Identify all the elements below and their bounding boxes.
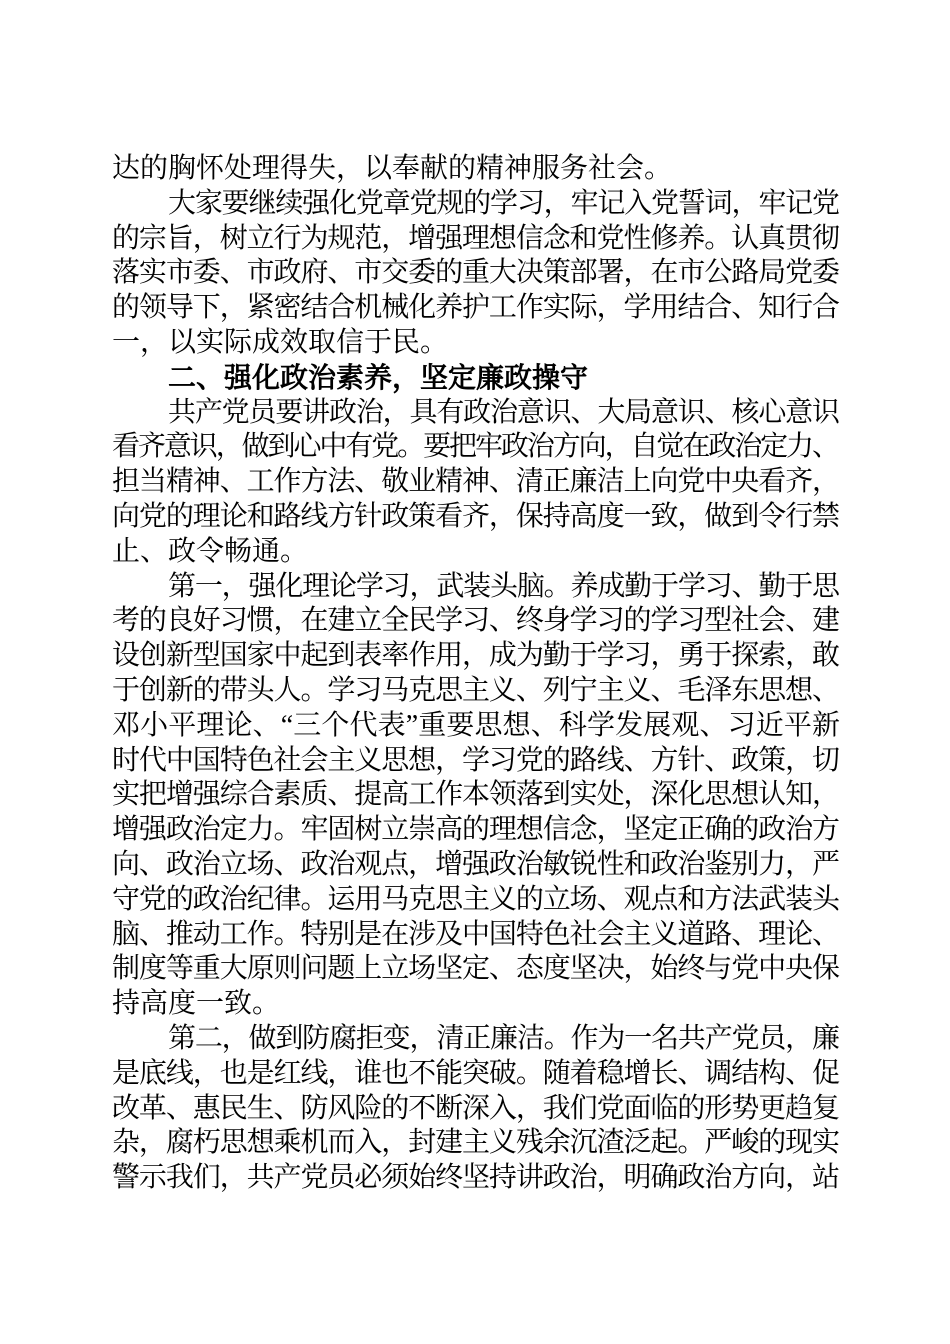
text-line: 设创新型国家中起到表率作用，成为勤于学习，勇于探索，敢 xyxy=(112,639,840,674)
text-line: 共产党员要讲政治，具有政治意识、大局意识、核心意识 xyxy=(112,396,840,431)
text-line: 达的胸怀处理得失，以奉献的精神服务社会。 xyxy=(112,152,840,187)
text-line: 考的良好习惯，在建立全民学习、终身学习的学习型社会、建 xyxy=(112,604,840,639)
text-line: 于创新的带头人。学习马克思主义、列宁主义、毛泽东思想、 xyxy=(112,674,840,709)
text-line: 是底线，也是红线，谁也不能突破。随着稳增长、调结构、促 xyxy=(112,1057,840,1092)
text-line: 脑、推动工作。特别是在涉及中国特色社会主义道路、理论、 xyxy=(112,918,840,953)
text-line: 担当精神、工作方法、敬业精神、清正廉洁上向党中央看齐， xyxy=(112,465,840,500)
text-line: 止、政令畅通。 xyxy=(112,535,840,570)
text-column: 达的胸怀处理得失，以奉献的精神服务社会。大家要继续强化党章党规的学习，牢记入党誓… xyxy=(112,152,840,1196)
text-line: 向、政治立场、政治观点，增强政治敏锐性和政治鉴别力，严 xyxy=(112,848,840,883)
text-line: 大家要继续强化党章党规的学习，牢记入党誓词，牢记党 xyxy=(112,187,840,222)
text-line: 杂，腐朽思想乘机而入，封建主义残余沉渣泛起。严峻的现实 xyxy=(112,1126,840,1161)
text-line: 守党的政治纪律。运用马克思主义的立场、观点和方法武装头 xyxy=(112,883,840,918)
text-line: 增强政治定力。牢固树立崇高的理想信念，坚定正确的政治方 xyxy=(112,813,840,848)
text-line: 制度等重大原则问题上立场坚定、态度坚决，始终与党中央保 xyxy=(112,952,840,987)
text-line: 邓小平理论、“三个代表”重要思想、科学发展观、习近平新 xyxy=(112,709,840,744)
text-line: 时代中国特色社会主义思想，学习党的路线、方针、政策，切 xyxy=(112,744,840,779)
text-line: 第二，做到防腐拒变，清正廉洁。作为一名共产党员，廉 xyxy=(112,1022,840,1057)
section-heading: 二、强化政治素养，坚定廉政操守 xyxy=(112,361,840,396)
document-page: 达的胸怀处理得失，以奉献的精神服务社会。大家要继续强化党章党规的学习，牢记入党誓… xyxy=(0,0,950,1344)
text-line: 的领导下，紧密结合机械化养护工作实际，学用结合、知行合 xyxy=(112,291,840,326)
text-line: 的宗旨，树立行为规范，增强理想信念和党性修养。认真贯彻 xyxy=(112,222,840,257)
text-line: 落实市委、市政府、市交委的重大决策部署，在市公路局党委 xyxy=(112,256,840,291)
text-line: 向党的理论和路线方针政策看齐，保持高度一致，做到令行禁 xyxy=(112,500,840,535)
text-line: 第一，强化理论学习，武装头脑。养成勤于学习、勤于思 xyxy=(112,570,840,605)
text-line: 警示我们，共产党员必须始终坚持讲政治，明确政治方向，站 xyxy=(112,1161,840,1196)
text-line: 改革、惠民生、防风险的不断深入，我们党面临的形势更趋复 xyxy=(112,1092,840,1127)
text-line: 看齐意识，做到心中有党。要把牢政治方向，自觉在政治定力、 xyxy=(112,430,840,465)
text-line: 持高度一致。 xyxy=(112,987,840,1022)
text-line: 实把增强综合素质、提高工作本领落到实处，深化思想认知， xyxy=(112,778,840,813)
text-line: 一，以实际成效取信于民。 xyxy=(112,326,840,361)
